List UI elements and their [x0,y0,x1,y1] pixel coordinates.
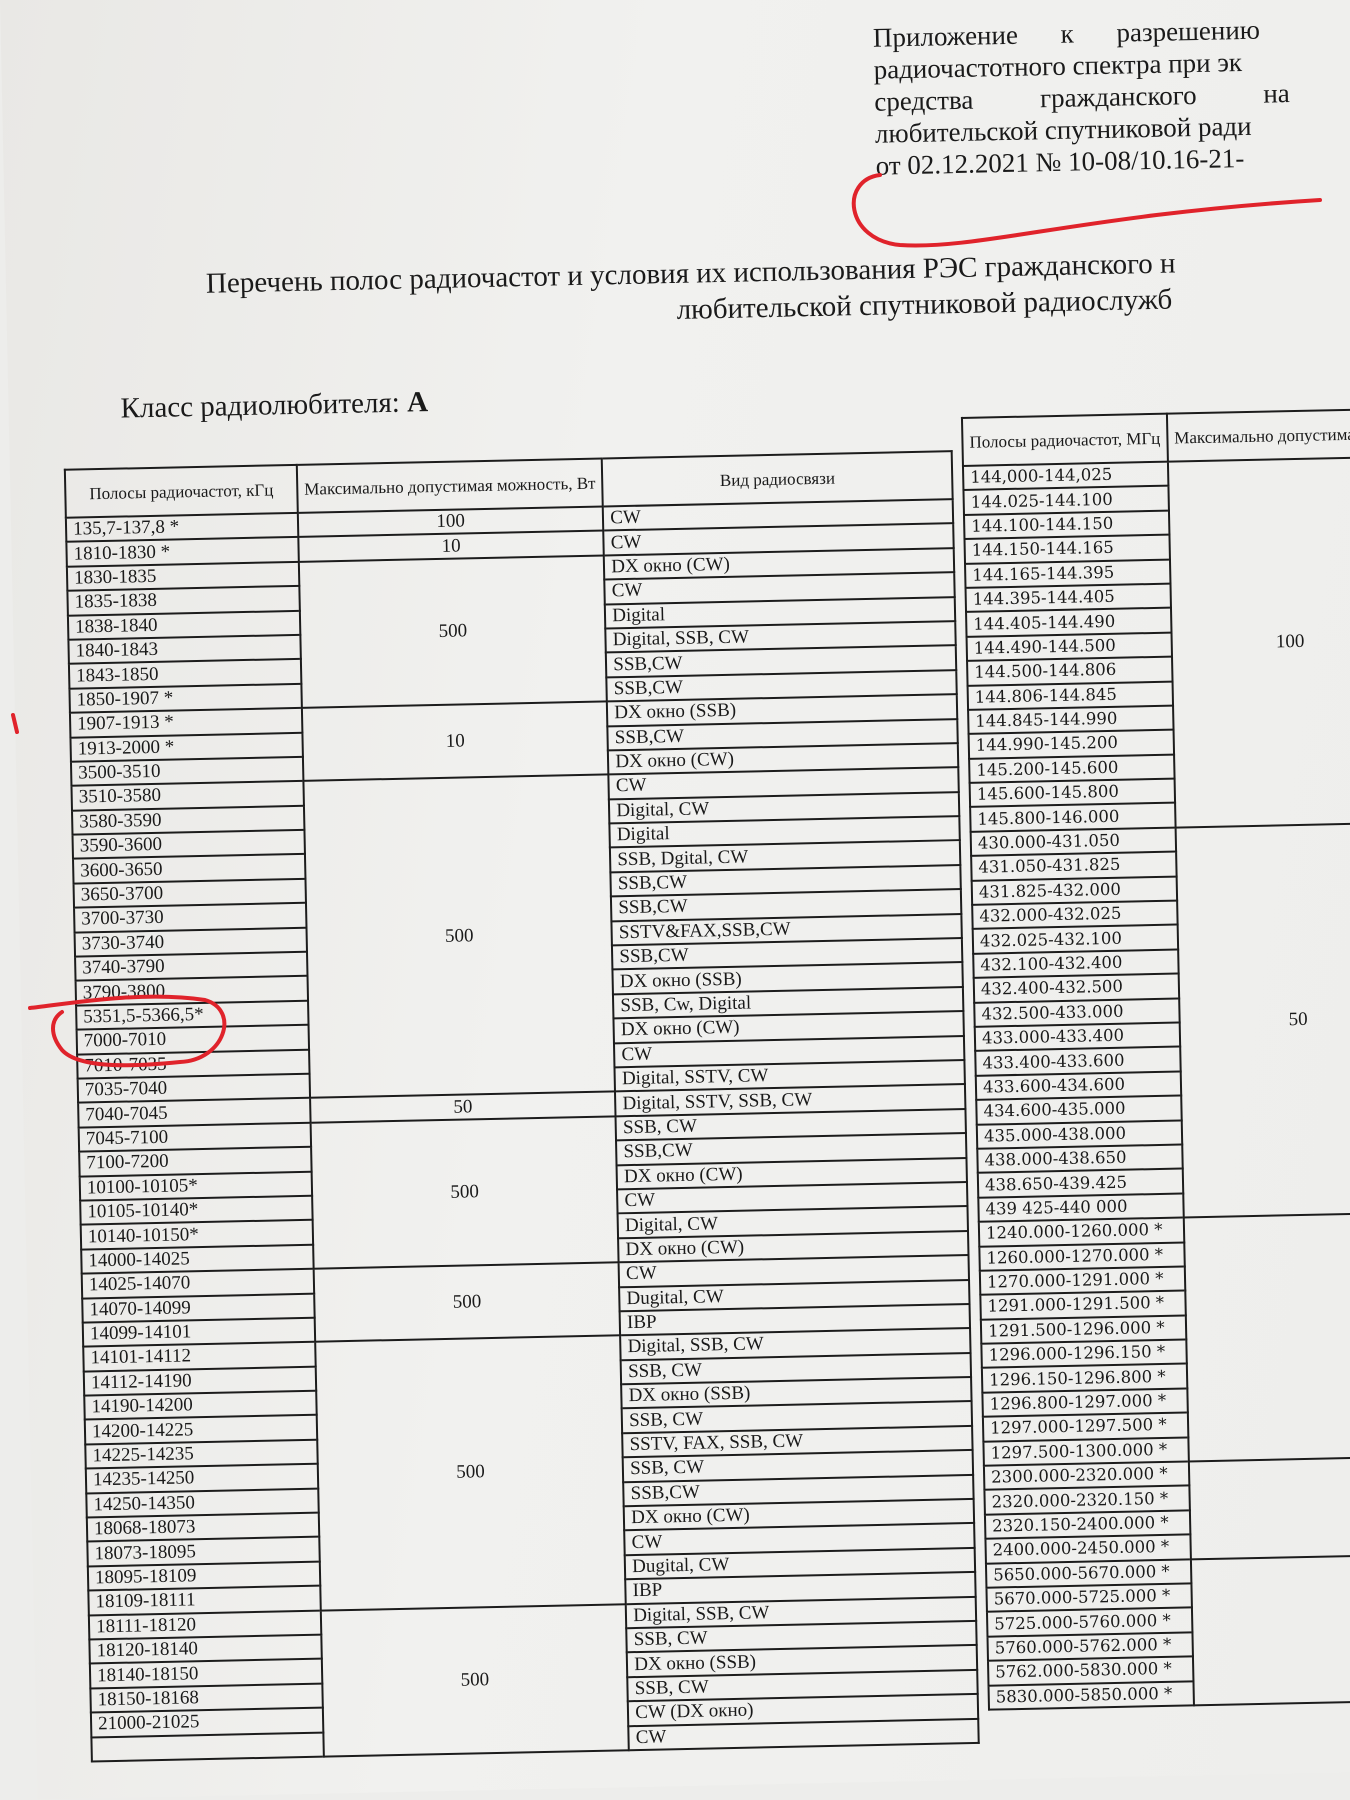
hf-bands-table: Полосы радиочастот, кГц Максимально допу… [64,450,980,1762]
class-label: Класс радиолюбителя: А [120,386,428,425]
power-cell [1189,1456,1350,1559]
power-cell: 500 [315,1336,626,1611]
column-header-band: Полосы радиочастот, кГц [65,465,298,518]
appendix-header: Приложение к разрешению радиочастотного … [873,11,1350,182]
document-title: Перечень полос радиочастот и условия их … [206,241,1350,338]
power-cell: 500 [299,555,607,708]
class-label-prefix: Класс радиолюбителя: [120,387,407,425]
power-cell: 10 [302,702,609,782]
power-cell: 500 [311,1116,619,1269]
column-header-band: Полосы радиочастот, МГц [962,414,1168,466]
power-cell: 500 [321,1604,629,1757]
vhf-uhf-bands-table: Полосы радиочастот, МГц Максимально допу… [961,408,1350,1711]
power-cell: 100 [1168,457,1350,828]
band-cell [91,1732,323,1761]
band-cell: 5830.000-5850.000 * [989,1681,1194,1710]
power-cell [1191,1554,1350,1705]
document-page: Приложение к разрешению радиочастотного … [0,0,1350,1800]
column-header-mode: Вид радиосвязи [602,451,953,506]
power-cell: 50 [1175,822,1350,1217]
column-header-power: Максимально допустимая можность, Вт [297,458,603,512]
power-cell: 500 [303,775,615,1098]
power-cell: 500 [314,1262,621,1342]
column-header-power: Максимально допустимая мож [1167,409,1350,462]
power-cell [1184,1213,1350,1462]
class-value: А [407,386,429,418]
